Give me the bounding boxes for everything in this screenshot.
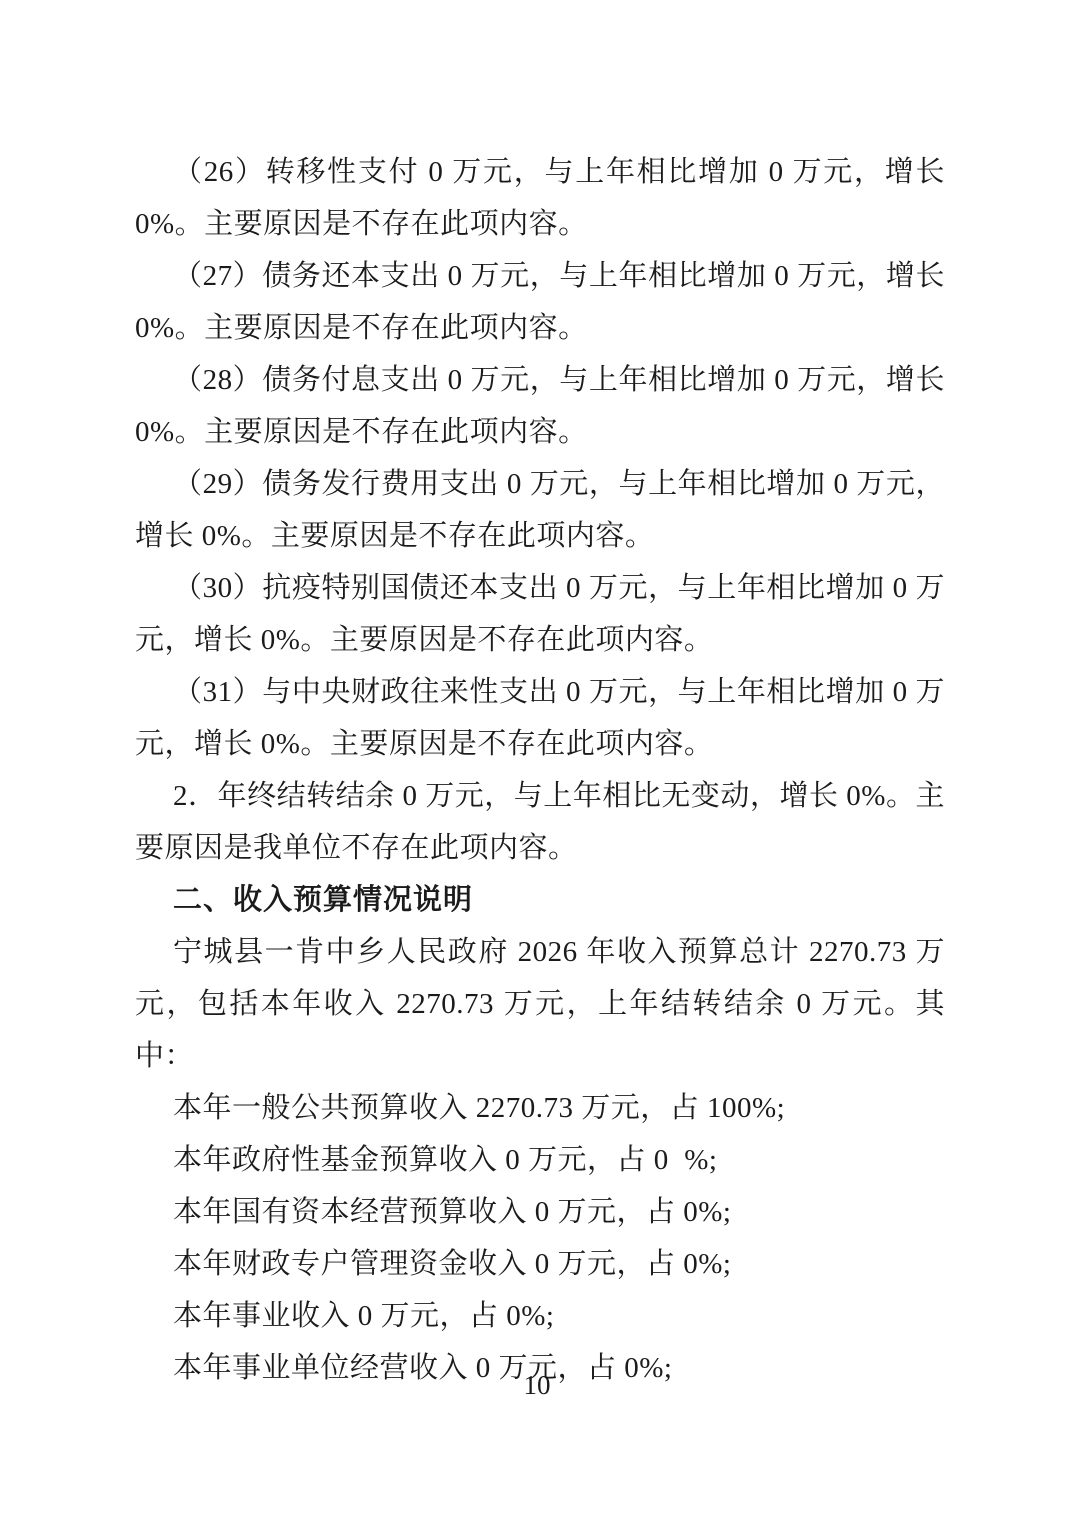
document-body: （26）转移性支付 0 万元，与上年相比增加 0 万元，增长 0%。主要原因是不…: [135, 146, 945, 1394]
document-page: （26）转移性支付 0 万元，与上年相比增加 0 万元，增长 0%。主要原因是不…: [0, 0, 1074, 1520]
body-paragraph: 本年一般公共预算收入 2270.73 万元，占 100%;: [135, 1082, 945, 1134]
body-paragraph: （31）与中央财政往来性支出 0 万元，与上年相比增加 0 万元，增长 0%。主…: [135, 666, 945, 770]
body-paragraph: 本年事业收入 0 万元，占 0%;: [135, 1290, 945, 1342]
body-paragraph: 2．年终结转结余 0 万元，与上年相比无变动，增长 0%。主要原因是我单位不存在…: [135, 770, 945, 874]
body-paragraph: （30）抗疫特别国债还本支出 0 万元，与上年相比增加 0 万元，增长 0%。主…: [135, 562, 945, 666]
body-paragraph: 宁城县一肯中乡人民政府 2026 年收入预算总计 2270.73 万元，包括本年…: [135, 926, 945, 1082]
body-paragraph: （27）债务还本支出 0 万元，与上年相比增加 0 万元，增长 0%。主要原因是…: [135, 250, 945, 354]
body-paragraph: 本年财政专户管理资金收入 0 万元，占 0%;: [135, 1238, 945, 1290]
section-heading: 二、收入预算情况说明: [135, 874, 945, 926]
body-paragraph: 本年政府性基金预算收入 0 万元，占 0 %;: [135, 1134, 945, 1186]
body-paragraph: （26）转移性支付 0 万元，与上年相比增加 0 万元，增长 0%。主要原因是不…: [135, 146, 945, 250]
page-number: 10: [0, 1368, 1074, 1402]
body-paragraph: （29）债务发行费用支出 0 万元，与上年相比增加 0 万元，增长 0%。主要原…: [135, 458, 945, 562]
body-paragraph: 本年国有资本经营预算收入 0 万元，占 0%;: [135, 1186, 945, 1238]
body-paragraph: （28）债务付息支出 0 万元，与上年相比增加 0 万元，增长 0%。主要原因是…: [135, 354, 945, 458]
